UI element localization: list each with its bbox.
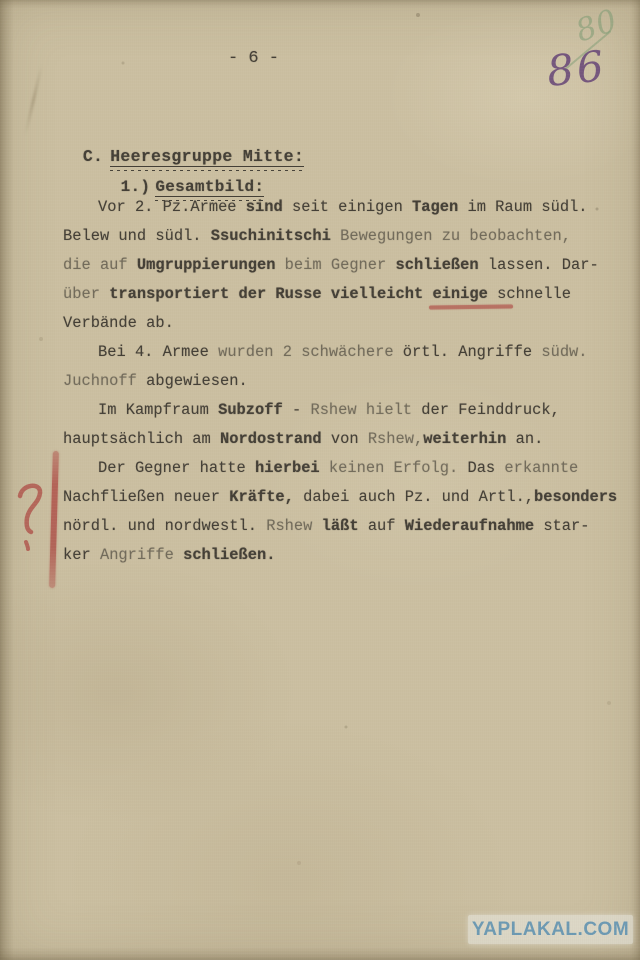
text-segment: Tagen [412, 198, 458, 216]
text-segment: Ssuchinitschi [211, 227, 331, 245]
watermark: YAPLAKAL.COM [468, 915, 633, 944]
text-line: Verbände ab. [63, 309, 628, 338]
text-segment: weiterhin [423, 430, 506, 448]
text-segment: nördl. und nordwestl. [63, 517, 266, 535]
text-segment: an. [506, 430, 543, 448]
text-segment: läßt [322, 517, 359, 535]
text-line: nördl. und nordwestl. Rshew läßt auf Wie… [63, 512, 628, 541]
text-line: Bei 4. Armee wurden 2 schwächere örtl. A… [63, 338, 628, 367]
text-segment: dabei auch Pz. und Artl., [294, 488, 534, 506]
text-line: Im Kampfraum Subzoff - Rshew hielt der F… [63, 396, 628, 425]
text-segment: schließen. [183, 546, 275, 564]
watermark-text: YAPLAKAL.COM [472, 919, 629, 941]
text-segment: ker [63, 546, 100, 564]
text-segment: auf [359, 517, 405, 535]
text-line: Vor 2. Pz.Armee sind seit einigen Tagen … [63, 193, 628, 222]
text-line: Nachfließen neuer Kräfte, dabei auch Pz.… [63, 483, 628, 512]
text-segment: lassen. Dar- [479, 256, 599, 274]
text-segment: im Raum südl. [458, 198, 587, 216]
text-segment: Rshew, [368, 430, 423, 448]
red-question-mark-annotation [13, 480, 49, 554]
text-segment: Rshew hielt [310, 401, 412, 419]
text-segment: schließen [396, 256, 479, 274]
text-segment: südw. [541, 343, 587, 361]
text-line: die auf Umgruppierungen beim Gegner schl… [63, 251, 628, 280]
text-segment: hierbei [255, 459, 320, 477]
text-segment: abgewiesen. [146, 372, 248, 390]
text-segment: örtl. Angriffe [403, 343, 542, 361]
text-segment: der Feinddruck, [412, 401, 560, 419]
text-line: über transportiert der Russe vielleicht … [63, 280, 628, 309]
text-segment: Nachfließen neuer [63, 488, 229, 506]
text-segment: die auf [63, 256, 137, 274]
text-segment: transportiert der Russe vielleicht einig… [109, 285, 488, 303]
text-segment: star- [534, 517, 589, 535]
text-segment: Belew und südl. [63, 227, 211, 245]
text-line: Belew und südl. Ssuchinitschi Bewegungen… [63, 222, 628, 251]
text-segment: Wiederaufnahme [405, 517, 534, 535]
text-segment: wurden 2 schwächere [218, 343, 403, 361]
text-segment: - [283, 401, 311, 419]
handwritten-purple-number: 86 [545, 41, 609, 96]
text-segment: Bewegungen zu beobachten, [331, 227, 571, 245]
text-segment: erkannte [504, 459, 578, 477]
text-segment: Verbände ab. [63, 314, 174, 332]
text-segment: Im Kampfraum [98, 401, 218, 419]
text-segment: sind [246, 198, 283, 216]
text-segment: Bei 4. Armee [98, 343, 218, 361]
text-segment: Der Gegner hatte [98, 459, 255, 477]
text-segment: seit einigen [283, 198, 412, 216]
text-segment: Kräfte, [229, 488, 294, 506]
text-line: ker Angriffe schließen. [63, 541, 628, 570]
text-segment: Subzoff [218, 401, 283, 419]
page-number: - 6 - [228, 49, 279, 68]
document-body: Vor 2. Pz.Armee sind seit einigen Tagen … [63, 193, 628, 570]
text-segment: keinen Erfolg. [320, 459, 459, 477]
red-pencil-margin-line-annotation [49, 451, 59, 588]
text-segment: beim Gegner [275, 256, 395, 274]
text-segment: Umgruppierungen [137, 256, 276, 274]
text-segment: Angriffe [100, 546, 183, 564]
text-line: Der Gegner hatte hierbei keinen Erfolg. … [63, 454, 628, 483]
text-segment: Vor 2. Pz.Armee [98, 198, 246, 216]
text-segment: schnelle [488, 285, 571, 303]
text-segment: besonders [534, 488, 617, 506]
paper-crease [24, 65, 43, 136]
paper-specks [0, 0, 2, 2]
text-line: Juchnoff abgewiesen. [63, 367, 628, 396]
text-segment: Rshew [266, 517, 321, 535]
scanned-document-page: - 6 - 80 86 C.Heeresgruppe Mitte: 1.)Ges… [0, 0, 640, 960]
text-segment: Das [458, 459, 504, 477]
text-segment: hauptsächlich am [63, 430, 220, 448]
text-segment: Nordostrand [220, 430, 322, 448]
text-segment: über [63, 285, 109, 303]
text-segment: von [322, 430, 368, 448]
text-segment: Juchnoff [63, 372, 146, 390]
text-line: hauptsächlich am Nordostrand von Rshew,w… [63, 425, 628, 454]
